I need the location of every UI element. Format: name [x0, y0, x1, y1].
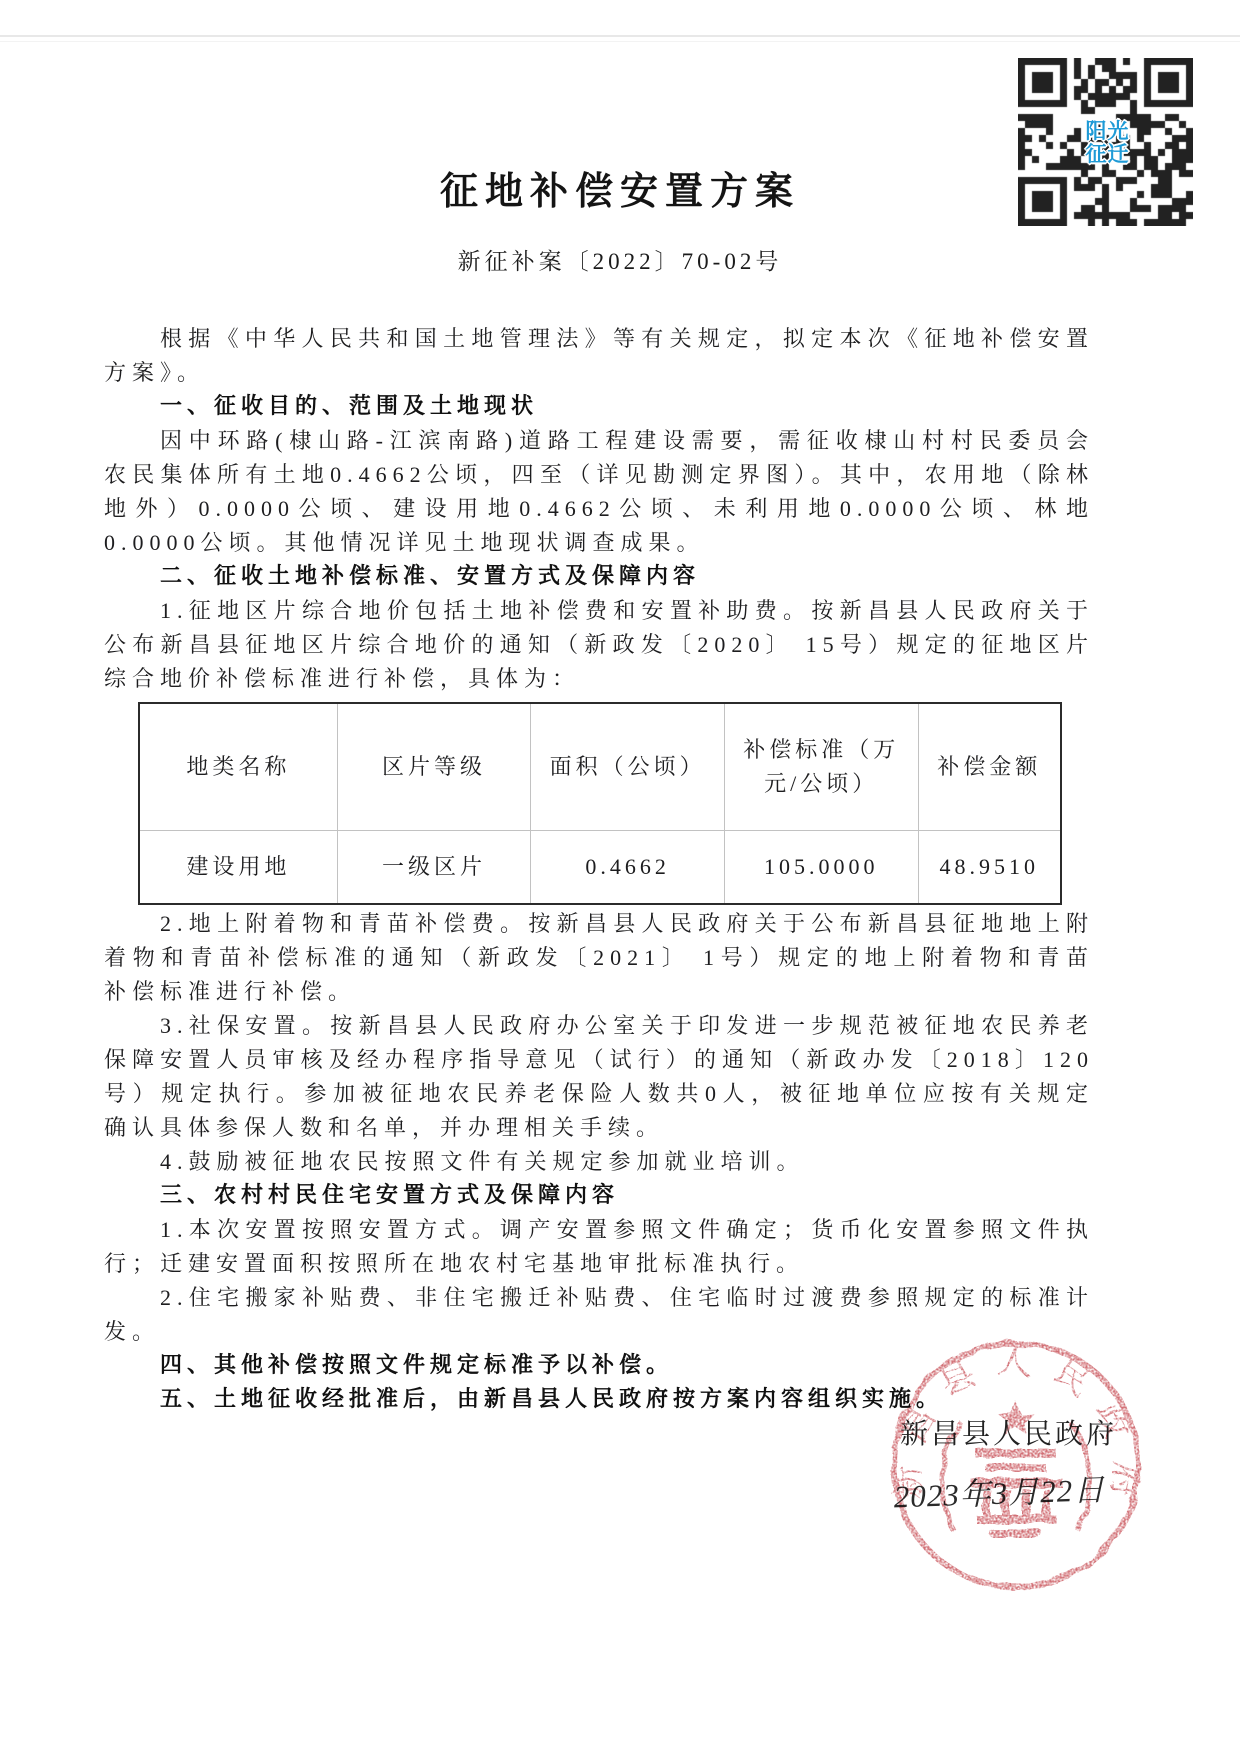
compensation-table-body: 建设用地一级区片0.4662105.000048.9510 [139, 831, 1061, 905]
section-heading: 一、征收目的、范围及土地现状 [104, 390, 1094, 424]
table-cell: 48.9510 [918, 831, 1061, 905]
document-body: 根据《中华人民共和国土地管理法》等有关规定，拟定本次《征地补偿安置方案》。一、征… [104, 322, 1094, 1417]
paragraph: 3.社保安置。按新昌县人民政府办公室关于印发进一步规范被征地农民养老保障安置人员… [104, 1009, 1094, 1145]
qr-code: 阳光 征迁 [1018, 58, 1197, 228]
compensation-table-header: 地类名称区片等级面积（公顷）补偿标准（万元/公顷）补偿金额 [139, 703, 1061, 831]
table-cell: 一级区片 [337, 831, 531, 905]
signature-date: 2023年3月22日 [0, 1464, 1106, 1548]
case-number: 新征补案〔2022〕70-02号 [0, 246, 1240, 278]
qr-center-label: 阳光 征迁 [1018, 58, 1197, 228]
table-header-cell: 补偿标准（万元/公顷） [724, 703, 918, 831]
table-header-cell: 区片等级 [337, 703, 531, 831]
section-heading: 三、农村村民住宅安置方式及保障内容 [104, 1179, 1094, 1213]
table-cell: 105.0000 [724, 831, 918, 905]
scan-artifact-line [0, 41, 1240, 42]
table-header-cell: 地类名称 [139, 703, 337, 831]
paragraph: 1.本次安置按照安置方式。调产安置参照文件确定；货币化安置参照文件执行；迁建安置… [104, 1213, 1094, 1281]
scan-artifact-line [0, 35, 1240, 37]
paragraph: 根据《中华人民共和国土地管理法》等有关规定，拟定本次《征地补偿安置方案》。 [104, 322, 1094, 390]
table-cell: 0.4662 [531, 831, 725, 905]
paragraph: 因中环路(棣山路-江滨南路)道路工程建设需要，需征收棣山村村民委员会农民集体所有… [104, 424, 1094, 560]
section-before-table: 根据《中华人民共和国土地管理法》等有关规定，拟定本次《征地补偿安置方案》。一、征… [104, 322, 1094, 696]
signature-name: 新昌县人民政府 [0, 1412, 1117, 1452]
table-row: 建设用地一级区片0.4662105.000048.9510 [139, 831, 1061, 905]
paragraph: 1.征地区片综合地价包括土地补偿费和安置补助费。按新昌县人民政府关于公布新昌县征… [104, 594, 1094, 696]
paragraph: 2.住宅搬家补贴费、非住宅搬迁补贴费、住宅临时过渡费参照规定的标准计发。 [104, 1281, 1094, 1349]
table-header-row: 地类名称区片等级面积（公顷）补偿标准（万元/公顷）补偿金额 [139, 703, 1061, 831]
paragraph: 4.鼓励被征地农民按照文件有关规定参加就业培训。 [104, 1145, 1094, 1179]
document-page: 阳光 征迁 征地补偿安置方案 新征补案〔2022〕70-02号 根据《中华人民共… [0, 0, 1240, 1753]
section-after-table: 2.地上附着物和青苗补偿费。按新昌县人民政府关于公布新昌县征地地上附着物和青苗补… [104, 907, 1094, 1417]
qr-label-line1: 阳光 [1086, 120, 1130, 143]
qr-label-line2: 征迁 [1086, 143, 1130, 166]
table-header-cell: 面积（公顷） [531, 703, 725, 831]
section-heading: 二、征收土地补偿标准、安置方式及保障内容 [104, 560, 1094, 594]
section-heading: 四、其他补偿按照文件规定标准予以补偿。 [104, 1349, 1094, 1383]
table-header-cell: 补偿金额 [918, 703, 1061, 831]
compensation-table: 地类名称区片等级面积（公顷）补偿标准（万元/公顷）补偿金额 建设用地一级区片0.… [138, 702, 1062, 905]
table-cell: 建设用地 [139, 831, 337, 905]
paragraph: 2.地上附着物和青苗补偿费。按新昌县人民政府关于公布新昌县征地地上附着物和青苗补… [104, 907, 1094, 1009]
